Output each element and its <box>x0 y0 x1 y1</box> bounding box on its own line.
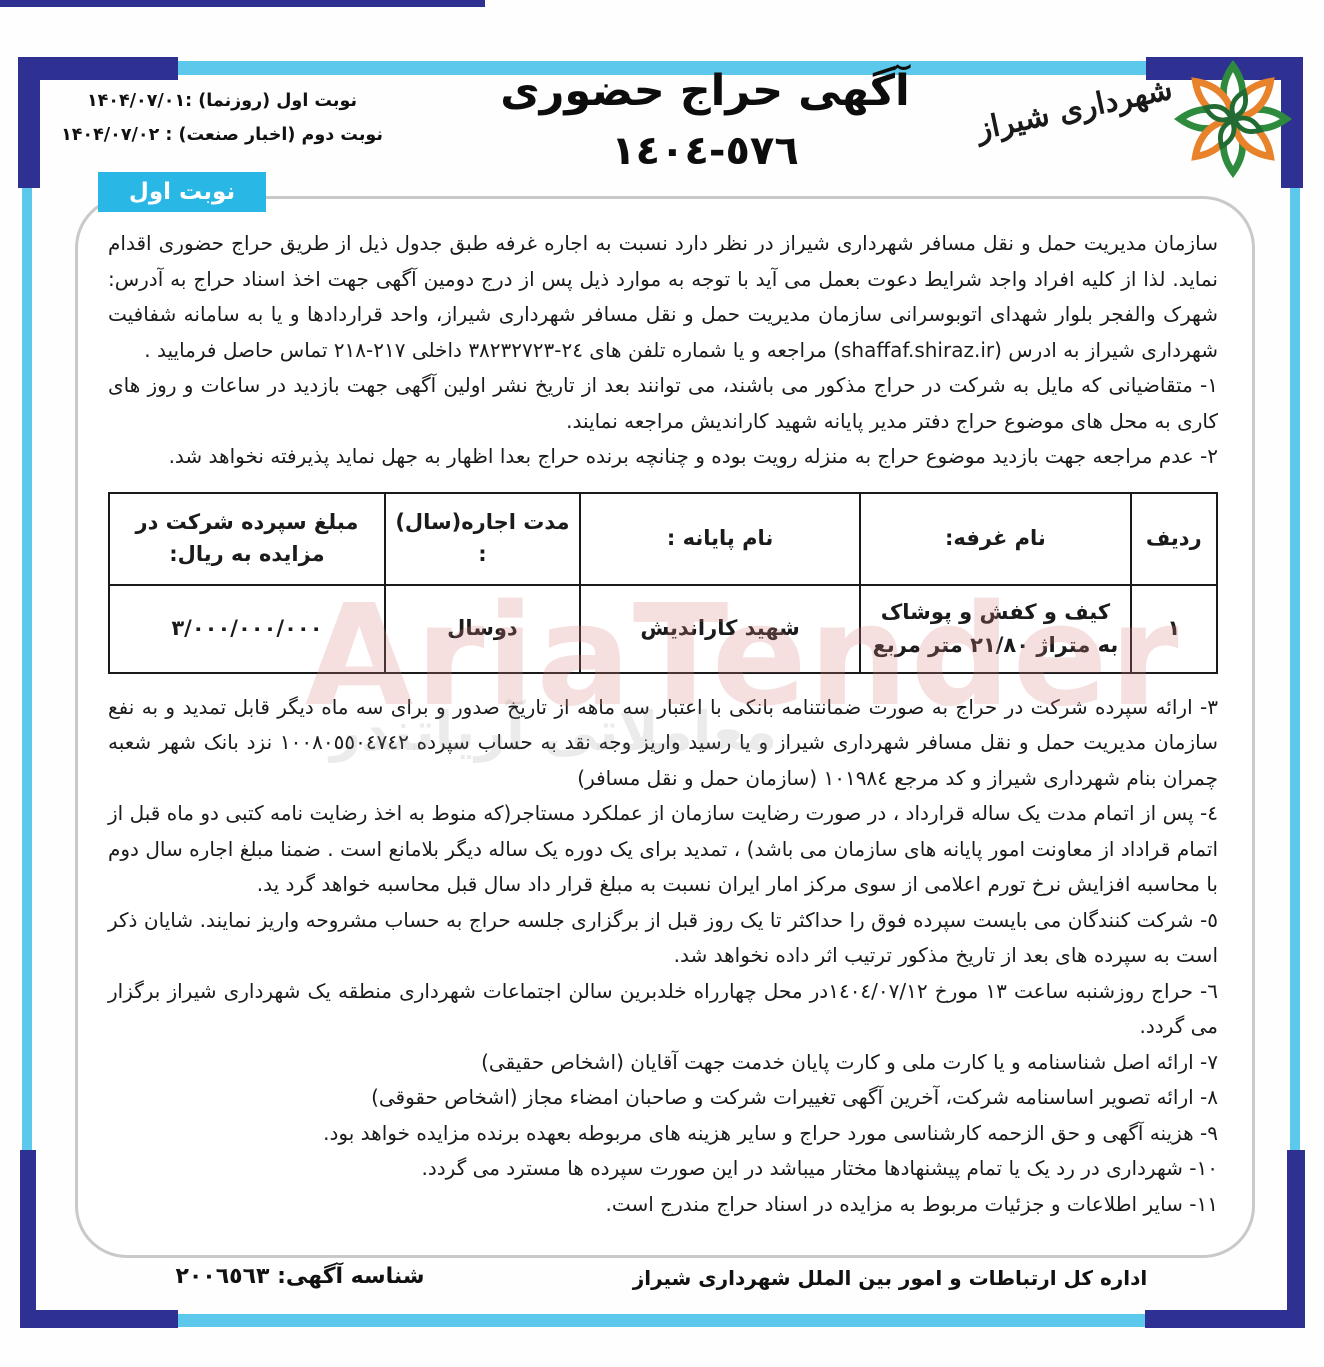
frame-bottom-right-horizontal <box>1145 1310 1305 1328</box>
cell-booth-name: کیف و کفش و پوشاک به متراژ ٢١/٨٠ متر مرب… <box>860 585 1130 673</box>
rule-item-5: ٥- شرکت کنندگان می بایست سپرده فوق را حد… <box>108 903 1218 974</box>
rule-item-3: ٣- ارائه سپرده شرکت در حراج به صورت ضمان… <box>108 690 1218 797</box>
rule-item-2: ٢- عدم مراجعه جهت بازدید موضوع حراج به م… <box>108 439 1218 475</box>
frame-top-left-vertical <box>18 57 40 188</box>
footer-ad-id: شناسه آگهی: ٢٠٠٦٥٦٣ <box>150 1264 450 1289</box>
notice-number: ٥٧٦-١٤٠٤ <box>470 128 940 174</box>
notice-title: آگهی حراج حضوری <box>470 66 940 118</box>
frame-right-cyan-rail <box>1290 188 1300 1150</box>
rule-item-4: ٤- پس از اتمام مدت یک ساله قرارداد ، در … <box>108 796 1218 903</box>
frame-bottom-right-vertical <box>1287 1150 1305 1328</box>
frame-left-cyan-rail <box>22 188 32 1150</box>
rule-item-9: ٩- هزینه آگهی و حق الزحمه کارشناسی مورد … <box>108 1116 1218 1152</box>
cell-lease-duration: دوسال <box>385 585 580 673</box>
frame-bottom-left-horizontal <box>20 1310 178 1328</box>
publication-date-second: نوبت دوم (اخبار صنعت) : ۱۴۰۴/۰۷/۰۲ <box>42 118 402 152</box>
publication-date-first: نوبت اول (روزنما) :۱۴۰۴/۰۷/۰۱ <box>42 84 402 118</box>
frame-top-left-horizontal <box>18 57 178 80</box>
col-header-lease-duration: مدت اجاره(سال) : <box>385 493 580 585</box>
cell-row-number: ١ <box>1131 585 1217 673</box>
rule-item-10: ١٠- شهرداری در رد یک یا تمام پیشنهادها م… <box>108 1151 1218 1187</box>
lots-table-row: ١ کیف و کفش و پوشاک به متراژ ٢١/٨٠ متر م… <box>109 585 1217 673</box>
publication-dates: نوبت اول (روزنما) :۱۴۰۴/۰۷/۰۱ نوبت دوم (… <box>42 84 402 152</box>
col-header-booth-name: نام غرفه: <box>860 493 1130 585</box>
footer-department: اداره کل ارتباطات و امور بین الملل شهردا… <box>620 1266 1160 1290</box>
cell-terminal-name: شهید کاراندیش <box>580 585 860 673</box>
edition-badge: نوبت اول <box>98 172 266 212</box>
intro-paragraph: سازمان مدیریت حمل و نقل مسافر شهرداری شی… <box>108 226 1218 368</box>
col-header-terminal-name: نام پایانه : <box>580 493 860 585</box>
top-edge-strip <box>0 0 485 7</box>
frame-bottom-cyan-bar <box>178 1314 1145 1327</box>
rule-item-7: ٧- ارائه اصل شناسنامه و یا کارت ملی و کا… <box>108 1045 1218 1081</box>
rule-item-6: ٦- حراج روزشنبه ساعت ۱۳ مورخ ١٤٠٤/٠٧/١٢د… <box>108 974 1218 1045</box>
col-header-row-number: ردیف <box>1131 493 1217 585</box>
rule-item-8: ٨- ارائه تصویر اساسنامه شرکت، آخرین آگهی… <box>108 1080 1218 1116</box>
cell-deposit-amount: ٣/٠٠٠/٠٠٠/٠٠٠ <box>109 585 385 673</box>
notice-title-block: آگهی حراج حضوری ٥٧٦-١٤٠٤ <box>470 66 940 174</box>
municipality-logo-text: شهرداری شیراز <box>971 71 1179 148</box>
rule-item-1: ١- متقاضیانی که مایل به شرکت در حراج مذک… <box>108 368 1218 439</box>
rule-item-11: ١١- سایر اطلاعات و جزئیات مربوط به مزاید… <box>108 1187 1218 1223</box>
municipality-logo-flower-icon <box>1172 58 1294 180</box>
notice-body-content: سازمان مدیریت حمل و نقل مسافر شهرداری شی… <box>78 199 1252 1240</box>
notice-body-panel: سازمان مدیریت حمل و نقل مسافر شهرداری شی… <box>75 196 1255 1258</box>
frame-bottom-left-vertical <box>20 1150 36 1328</box>
col-header-deposit-amount: مبلغ سپرده شرکت در مزایده به ریال: <box>109 493 385 585</box>
lots-table-header-row: ردیف نام غرفه: نام پایانه : مدت اجاره(سا… <box>109 493 1217 585</box>
auction-notice-page: { "colors": { "navy": "#2e3192", "cyan":… <box>0 0 1324 1367</box>
lots-table: ردیف نام غرفه: نام پایانه : مدت اجاره(سا… <box>108 492 1218 674</box>
